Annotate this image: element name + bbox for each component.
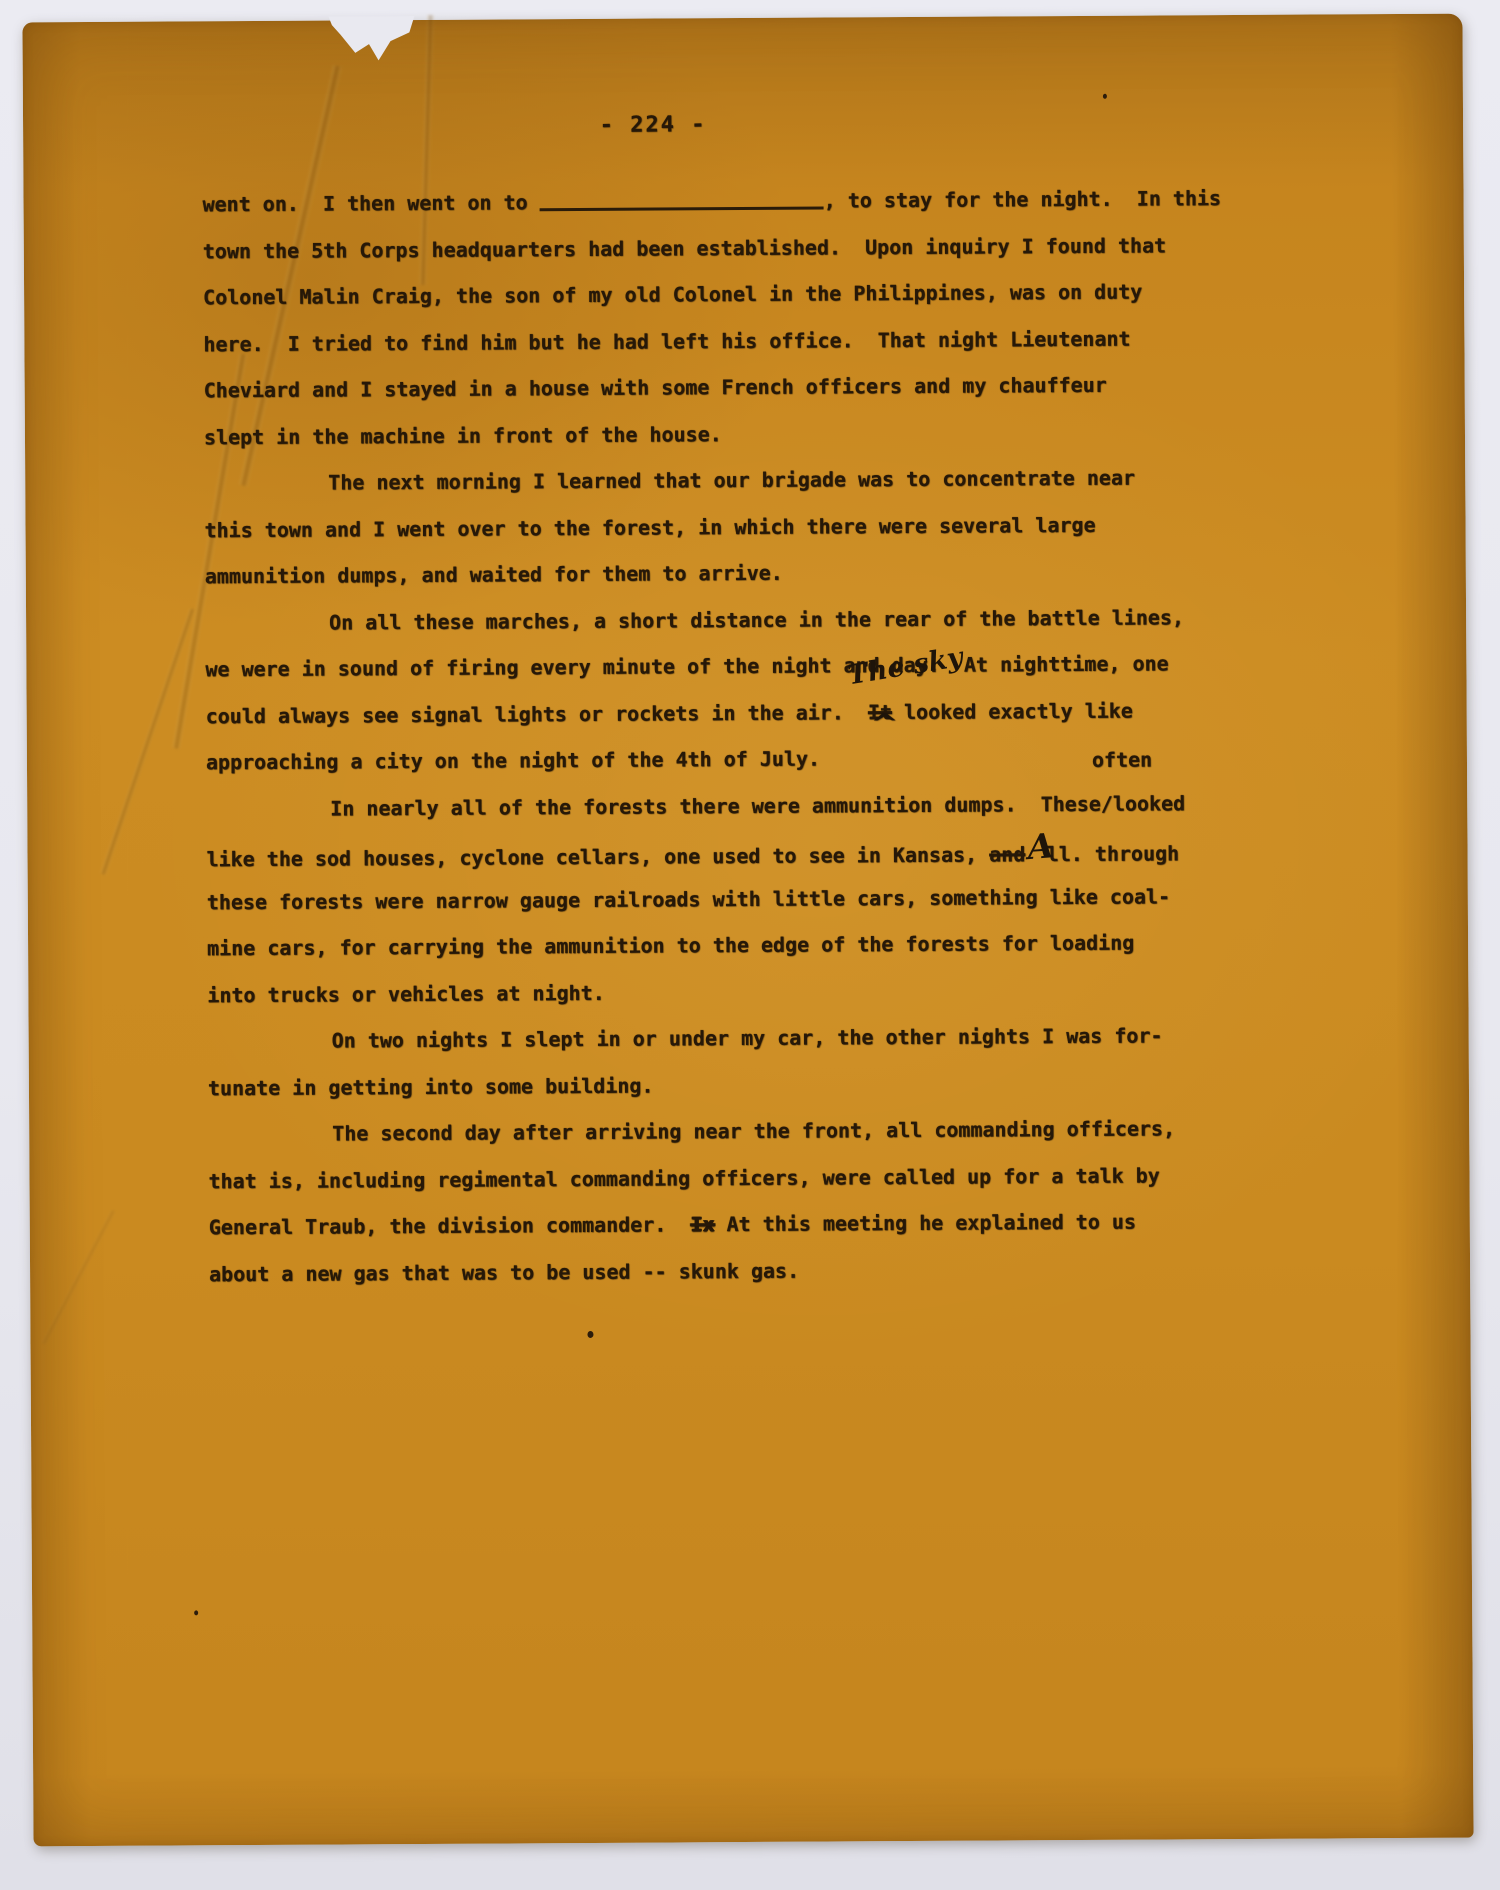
text-line: The next morning I learned that our brig… xyxy=(204,453,1384,507)
ink-speck xyxy=(1103,94,1107,99)
text-line: about a new gas that was to be used -- s… xyxy=(209,1244,1389,1298)
line-text: , to stay for the night. In this xyxy=(824,186,1221,212)
line-text: At this meeting he explained to us xyxy=(714,1210,1136,1237)
scanned-document: - 224 - went on. I then went on to , to … xyxy=(0,0,1500,1890)
page-number: - 224 - xyxy=(503,112,803,139)
text-line: Cheviard and I stayed in a house with so… xyxy=(204,360,1384,414)
text-line: approaching a city on the night of the 4… xyxy=(206,732,1386,786)
text-line: Colonel Malin Craig, the son of my old C… xyxy=(203,267,1383,321)
text-line: could always see signal lights or rocket… xyxy=(206,686,1386,740)
handwritten-letter: A xyxy=(1026,823,1056,871)
insertion-caret: ^ xyxy=(870,711,898,737)
text-line: The second day after arriving near the f… xyxy=(208,1104,1388,1158)
text-line: like the sod houses, cyclone cellars, on… xyxy=(206,825,1386,879)
text-line: General Traub, the division commander. I… xyxy=(209,1197,1389,1251)
text-line: slept in the machine in front of the hou… xyxy=(204,407,1384,461)
text-line: that is, including regimental commanding… xyxy=(208,1151,1388,1205)
torn-notch xyxy=(328,16,414,65)
text-line: tunate in getting into some building. xyxy=(208,1058,1388,1112)
typed-annotation-often: often xyxy=(1092,749,1152,769)
text-line: On two nights I slept in or under my car… xyxy=(208,1011,1388,1065)
text-line: this town and I went over to the forest,… xyxy=(204,500,1384,554)
text-line: mine cars, for carrying the ammunition t… xyxy=(207,918,1387,972)
overstruck-chars: Ix xyxy=(690,1212,714,1236)
line-text: ll. through xyxy=(1047,841,1180,866)
ink-speck xyxy=(587,1331,593,1338)
text-line: into trucks or vehicles at night. xyxy=(207,965,1387,1019)
text-line: went on. I then went on to , to stay for… xyxy=(202,174,1382,228)
struck-word: and xyxy=(989,842,1025,866)
text-line: town the 5th Corps headquarters had been… xyxy=(203,221,1383,275)
typed-text-body: went on. I then went on to , to stay for… xyxy=(202,174,1389,1297)
text-line: In nearly all of the forests there were … xyxy=(206,779,1386,833)
text-line: we were in sound of firing every minute … xyxy=(205,639,1385,693)
line-text: looked exactly like xyxy=(892,698,1133,723)
line-text: like the sod houses, cyclone cellars, on… xyxy=(206,843,989,872)
ink-speck xyxy=(194,1610,198,1615)
line-text: went on. I then went on to xyxy=(202,190,539,216)
crease-fold xyxy=(42,1210,116,1345)
text-line: On all these marches, a short distance i… xyxy=(205,593,1385,647)
line-text: In nearly all of the forests there were … xyxy=(330,791,1185,820)
text-line: ammunition dumps, and waited for them to… xyxy=(205,546,1385,600)
text-line: here. I tried to find him but he had lef… xyxy=(203,314,1383,368)
fill-in-blank xyxy=(540,189,824,212)
text-line: these forests were narrow gauge railroad… xyxy=(207,872,1387,926)
document-page: - 224 - went on. I then went on to , to … xyxy=(22,14,1473,1847)
line-text: General Traub, the division commander. xyxy=(209,1212,691,1239)
line-text: could always see signal lights or rocket… xyxy=(206,700,868,728)
